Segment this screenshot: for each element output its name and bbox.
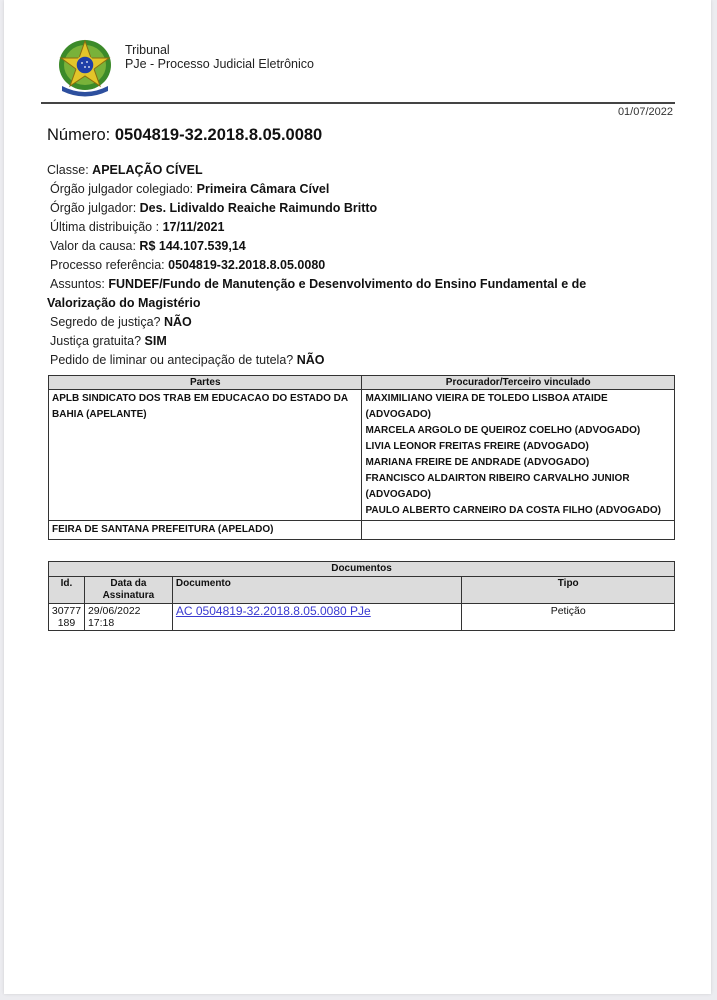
process-number-label: Número:	[47, 126, 110, 144]
brazil-coat-of-arms-icon	[56, 38, 114, 100]
court-line-1: Tribunal	[125, 43, 314, 57]
field-orgao-julgador: Órgão julgador: Des. Lidivaldo Reaiche R…	[47, 199, 677, 218]
document-header: Tribunal PJe - Processo Judicial Eletrôn…	[4, 0, 711, 110]
procurador-item: MARIANA FREIRE DE ANDRADE (ADVOGADO)	[365, 455, 671, 471]
procurador-item: MARCELA ARGOLO DE QUEIROZ COELHO (ADVOGA…	[365, 423, 671, 439]
table-row: FEIRA DE SANTANA PREFEITURA (APELADO)	[49, 521, 675, 540]
documentos-title: Documentos	[49, 562, 675, 577]
document-page: Tribunal PJe - Processo Judicial Eletrôn…	[4, 0, 711, 994]
field-assuntos: Assuntos: FUNDEF/Fundo de Manutenção e D…	[47, 275, 677, 294]
doc-date: 29/06/2022 17:18	[84, 604, 172, 631]
procurador-item: FRANCISCO ALDAIRTON RIBEIRO CARVALHO JUN…	[365, 471, 671, 503]
process-number-value: 0504819-32.2018.8.05.0080	[115, 126, 322, 144]
header-divider	[41, 102, 675, 104]
process-fields: Classe: APELAÇÃO CÍVEL Órgão julgador co…	[47, 161, 677, 370]
partes-table: Partes Procurador/Terceiro vinculado APL…	[48, 375, 675, 540]
table-row: APLB SINDICATO DOS TRAB EM EDUCACAO DO E…	[49, 390, 675, 521]
field-processo-referencia: Processo referência: 0504819-32.2018.8.0…	[47, 256, 677, 275]
field-ultima-distribuicao: Última distribuição : 17/11/2021	[47, 218, 677, 237]
field-assuntos-continued: Valorização do Magistério	[47, 294, 677, 313]
table-row: 30777189 29/06/2022 17:18 AC 0504819-32.…	[49, 604, 675, 631]
col-data-assinatura: Data da Assinatura	[84, 577, 172, 604]
court-name: Tribunal PJe - Processo Judicial Eletrôn…	[125, 43, 314, 71]
process-number: Número: 0504819-32.2018.8.05.0080	[47, 126, 322, 145]
col-tipo: Tipo	[462, 577, 675, 604]
doc-type: Petição	[462, 604, 675, 631]
parte-cell: APLB SINDICATO DOS TRAB EM EDUCACAO DO E…	[49, 390, 362, 521]
procurador-item: LIVIA LEONOR FREITAS FREIRE (ADVOGADO)	[365, 439, 671, 455]
field-liminar: Pedido de liminar ou antecipação de tute…	[47, 351, 677, 370]
doc-name-cell: AC 0504819-32.2018.8.05.0080 PJe	[172, 604, 462, 631]
field-classe: Classe: APELAÇÃO CÍVEL	[47, 161, 677, 180]
parte-cell: FEIRA DE SANTANA PREFEITURA (APELADO)	[49, 521, 362, 540]
document-link[interactable]: AC 0504819-32.2018.8.05.0080 PJe	[176, 604, 371, 618]
field-justica-gratuita: Justiça gratuita? SIM	[47, 332, 677, 351]
col-documento: Documento	[172, 577, 462, 604]
field-valor-causa: Valor da causa: R$ 144.107.539,14	[47, 237, 677, 256]
procurador-header: Procurador/Terceiro vinculado	[362, 376, 675, 390]
field-orgao-colegiado: Órgão julgador colegiado: Primeira Câmar…	[47, 180, 677, 199]
documentos-table: Documentos Id. Data da Assinatura Docume…	[48, 561, 675, 631]
procuradores-cell	[362, 521, 675, 540]
court-line-2: PJe - Processo Judicial Eletrônico	[125, 57, 314, 71]
partes-header: Partes	[49, 376, 362, 390]
col-id: Id.	[49, 577, 85, 604]
field-segredo-justica: Segredo de justiça? NÃO	[47, 313, 677, 332]
procuradores-cell: MAXIMILIANO VIEIRA DE TOLEDO LISBOA ATAI…	[362, 390, 675, 521]
doc-id: 30777189	[49, 604, 85, 631]
procurador-item: PAULO ALBERTO CARNEIRO DA COSTA FILHO (A…	[365, 503, 671, 519]
procurador-item: MAXIMILIANO VIEIRA DE TOLEDO LISBOA ATAI…	[365, 391, 671, 423]
print-date: 01/07/2022	[618, 106, 673, 118]
